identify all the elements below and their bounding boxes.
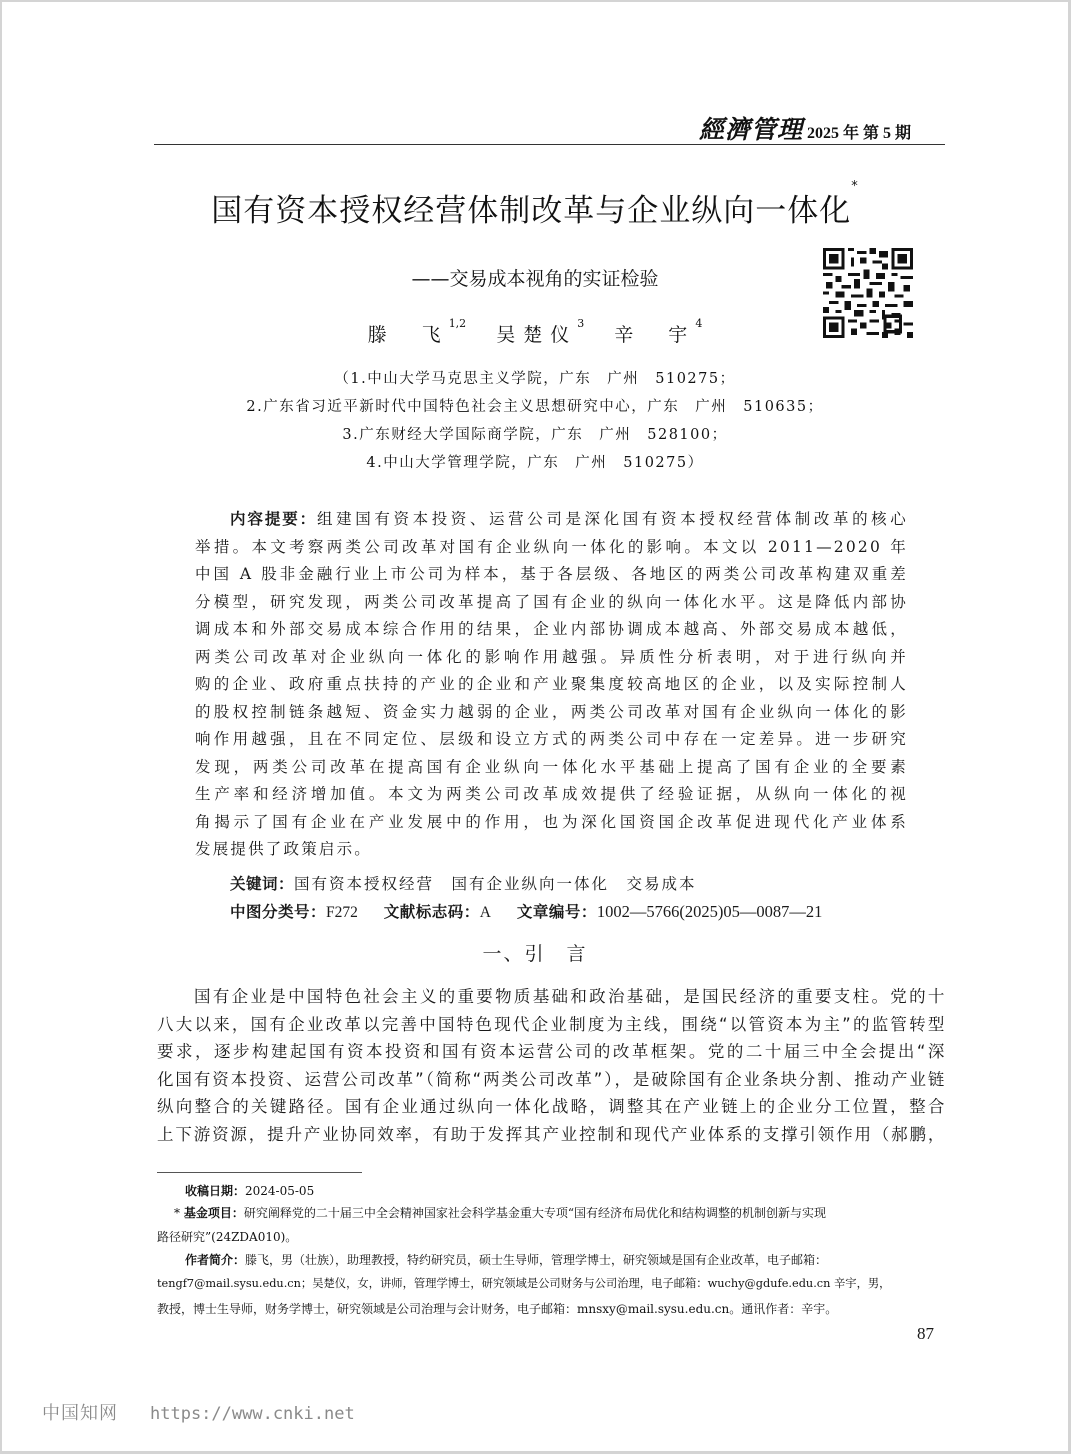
cnki-watermark: 中国知网 https://www.cnki.net xyxy=(42,1399,355,1425)
abstract-line: 分模型，研究发现，两类公司改革提高了国有企业的纵向一体化水平。这是降低内部协 xyxy=(195,589,908,617)
keywords-value: 国有资本授权经营 国有企业纵向一体化 交易成本 xyxy=(294,875,697,893)
keywords: 关键词：国有资本授权经营 国有企业纵向一体化 交易成本 xyxy=(230,872,697,894)
clc-value: F272 xyxy=(326,904,358,921)
abstract-line: 发现，两类公司改革在提高国有企业纵向一体化水平基础上提高了国有企业的全要素 xyxy=(195,754,908,782)
title-footnote-marker: * xyxy=(851,179,859,194)
section-heading: 一、引 言 xyxy=(2,939,1068,966)
body-line: 国有企业是中国特色社会主义的重要物质基础和政治基础，是国民经济的重要支柱。党的十 xyxy=(157,983,945,1011)
abstract-line: 内容提要：组建国有资本投资、运营公司是深化国有资本授权经营体制改革的核心 xyxy=(195,506,908,534)
classification-line: 中图分类号：F272 文献标志码：A 文章编号：1002—5766(2025)0… xyxy=(230,900,822,922)
body-paragraph: 国有企业是中国特色社会主义的重要物质基础和政治基础，是国民经济的重要支柱。党的十… xyxy=(157,983,945,1148)
abstract-line: 购的企业、政府重点扶持的产业的企业和产业聚集度较高地区的企业，以及实际控制人 xyxy=(195,671,908,699)
watermark-site-name: 中国知网 xyxy=(42,1399,118,1425)
abstract-label: 内容提要： xyxy=(230,510,317,528)
author: 辛 宇4 xyxy=(614,324,702,346)
body-line: 上下游资源，提升产业协同效率，有助于发挥其产业控制和现代产业体系的支撑引领作用（… xyxy=(157,1121,945,1149)
paper-page: 經濟管理 2025 年 第 5 期 国有资本授权经营体制改革与企业纵向一体化* … xyxy=(2,2,1068,1451)
abstract-line: 生产率和经济增加值。本文为两类公司改革成效提供了经验证据，从纵向一体化的视 xyxy=(195,781,908,809)
affiliation: 2.广东省习近平新时代中国特色社会主义思想研究中心，广东 广州 510635； xyxy=(2,395,1068,416)
abstract-line: 的股权控制链条越短、资金实力越弱的企业，两类公司改革对国有企业纵向一体化的影 xyxy=(195,699,908,727)
footnote-rule xyxy=(157,1172,362,1173)
footnote-bio: 作者简介：滕飞，男（壮族），助理教授，特约研究员，硕士生导师，管理学博士，研究领… xyxy=(185,1249,827,1271)
abstract: 内容提要：组建国有资本投资、运营公司是深化国有资本授权经营体制改革的核心 举措。… xyxy=(195,506,908,864)
footnote-fund: * 基金项目：研究阐释党的二十届三中全会精神国家社会科学基金重大专项“国有经济布… xyxy=(174,1202,826,1224)
journal-name: 經濟管理 xyxy=(699,110,803,146)
article-number-label: 文章编号： xyxy=(517,903,597,921)
abstract-line: 举措。本文考察两类公司改革对国有企业纵向一体化的影响。本文以 2011—2020… xyxy=(195,534,908,562)
fund-marker: * xyxy=(174,1206,180,1220)
fund-text-cont: 路径研究”(24ZDA010)。 xyxy=(157,1226,297,1248)
received-label: 收稿日期： xyxy=(185,1184,245,1198)
bio-text: 滕飞，男（壮族），助理教授，特约研究员，硕士生导师，管理学博士，研究领域是国有企… xyxy=(245,1253,827,1267)
doc-code-label: 文献标志码： xyxy=(384,903,480,921)
bio-text-cont: tengf7@mail.sysu.edu.cn；吴楚仪，女，讲师，管理学博士，研… xyxy=(157,1273,890,1295)
affiliation: 3.广东财经大学国际商学院，广东 广州 528100； xyxy=(2,423,1068,444)
bio-text-cont: 教授，博士生导师，财务学博士，研究领域是公司治理与会计财务，电子邮箱：mnsxy… xyxy=(157,1298,837,1320)
abstract-line: 两类公司改革对企业纵向一体化的影响作用越强。异质性分析表明，对于进行纵向并 xyxy=(195,644,908,672)
journal-header: 經濟管理 2025 年 第 5 期 xyxy=(699,110,911,140)
affiliation: （1.中山大学马克思主义学院，广东 广州 510275； xyxy=(2,367,1068,388)
keywords-label: 关键词： xyxy=(230,875,294,893)
journal-issue: 2025 年 第 5 期 xyxy=(807,120,911,143)
body-line: 化国有资本投资、运营公司改革”（简称“两类公司改革”），是破除国有企业条块分割、… xyxy=(157,1066,945,1094)
body-line: 纵向整合的关键路径。国有企业通过纵向一体化战略，调整其在产业链上的企业分工位置，… xyxy=(157,1093,945,1121)
clc-label: 中图分类号： xyxy=(230,903,326,921)
bio-label: 作者简介： xyxy=(185,1253,245,1267)
author: 滕 飞1,2 xyxy=(368,324,467,346)
article-title: 国有资本授权经营体制改革与企业纵向一体化* xyxy=(2,185,1068,230)
body-line: 要求，逐步构建起国有资本投资和国有资本运营公司的改革框架。党的二十届三中全会提出… xyxy=(157,1038,945,1066)
received-date: 2024-05-05 xyxy=(245,1184,314,1198)
abstract-line: 响作用越强，且在不同定位、层级和设立方式的两类公司中存在一定差异。进一步研究 xyxy=(195,726,908,754)
abstract-line: 调成本和外部交易成本综合作用的结果，企业内部协调成本越高、外部交易成本越低， xyxy=(195,616,908,644)
fund-text: 研究阐释党的二十届三中全会精神国家社会科学基金重大专项“国有经济布局优化和结构调… xyxy=(244,1206,826,1220)
author-list: 滕 飞1,2 吴楚仪3 辛 宇4 xyxy=(2,320,1068,347)
footnote-received: 收稿日期：2024-05-05 xyxy=(185,1180,314,1202)
header-rule xyxy=(154,144,945,145)
body-line: 八大以来，国有企业改革以完善中国特色现代企业制度为主线，围绕“以管资本为主”的监… xyxy=(157,1011,945,1039)
article-number-value: 1002—5766(2025)05—0087—21 xyxy=(597,902,823,921)
abstract-line: 角揭示了国有企业在产业发展中的作用，也为深化国资国企改革促进现代化产业体系 xyxy=(195,809,908,837)
abstract-line: 中国 A 股非金融行业上市公司为样本，基于各层级、各地区的两类公司改革构建双重差 xyxy=(195,561,908,589)
article-title-text: 国有资本授权经营体制改革与企业纵向一体化 xyxy=(211,193,851,229)
fund-label: 基金项目： xyxy=(184,1206,244,1220)
watermark-url[interactable]: https://www.cnki.net xyxy=(150,1404,355,1424)
page-number: 87 xyxy=(917,1324,934,1344)
doc-code-value: A xyxy=(480,904,491,921)
abstract-line: 发展提供了政策启示。 xyxy=(195,836,908,864)
affiliation: 4.中山大学管理学院，广东 广州 510275） xyxy=(2,451,1068,472)
author: 吴楚仪3 xyxy=(496,324,584,346)
